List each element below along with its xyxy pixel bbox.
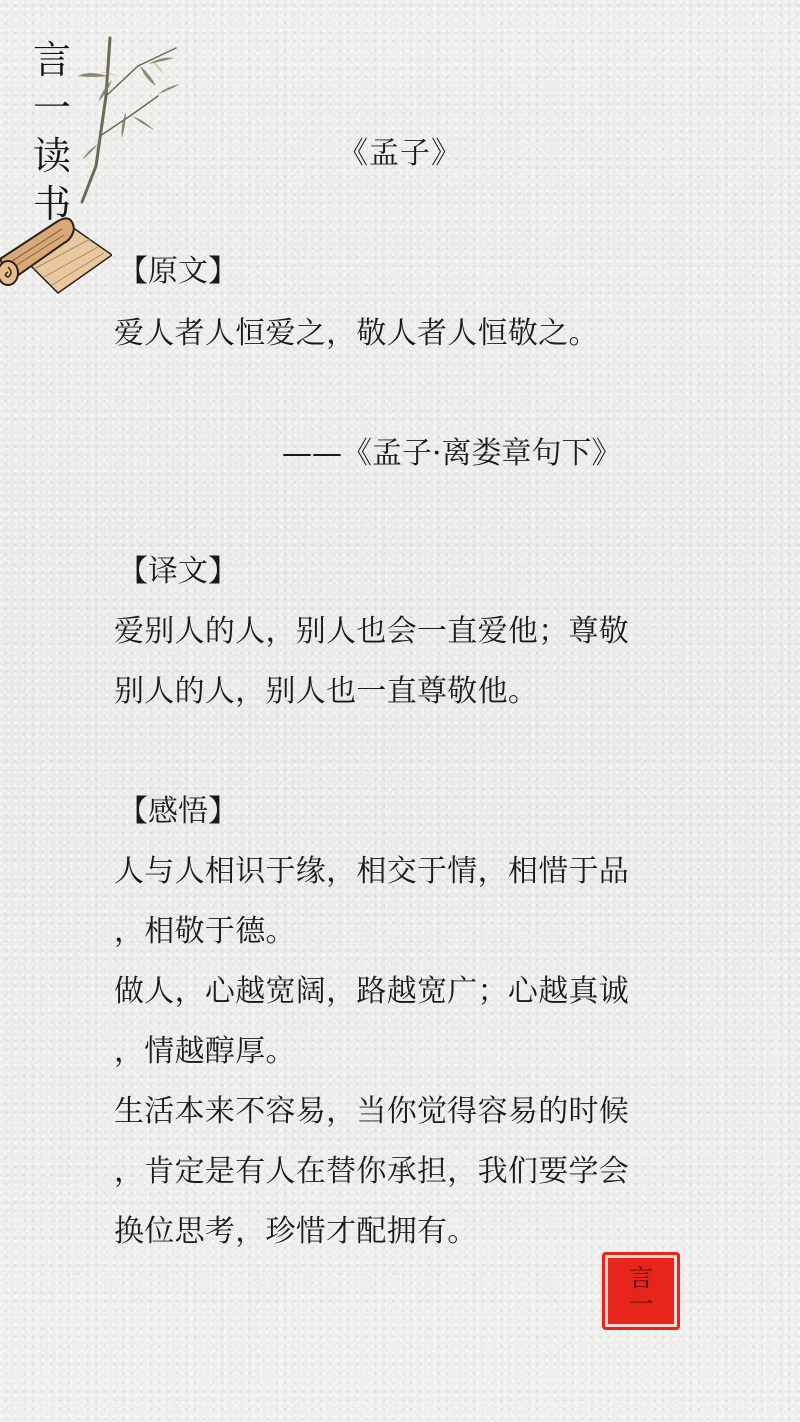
reflection-text-line: ，肯定是有人在替你承担，我们要学会 [114, 1146, 629, 1190]
brand-char: 一 [33, 84, 71, 132]
scroll-icon [0, 215, 112, 295]
brand-char: 言 [33, 36, 71, 84]
bamboo-icon [78, 36, 188, 206]
translation-text-line: 爱别人的人，别人也会一直爱他；尊敬 [114, 606, 629, 650]
section-label-reflection: 【感悟】 [118, 786, 238, 830]
seal-char: 言 [629, 1265, 653, 1291]
translation-text-line: 别人的人，别人也一直尊敬他。 [114, 666, 538, 710]
reflection-text-line: 换位思考，珍惜才配拥有。 [114, 1206, 478, 1250]
reflection-text-line: ，相敬于德。 [114, 906, 296, 950]
source-citation: ——《孟子·离娄章句下》 [282, 428, 622, 472]
reflection-text-line: 生活本来不容易，当你觉得容易的时候 [114, 1086, 629, 1130]
reflection-text-line: 做人，心越宽阔，路越宽广；心越真诚 [114, 966, 629, 1010]
section-label-original: 【原文】 [118, 246, 238, 290]
seal-char: 一 [629, 1291, 653, 1317]
original-text-line: 爱人者人恒爱之，敬人者人恒敬之。 [114, 308, 599, 352]
book-title: 《孟子》 [0, 128, 800, 172]
section-label-translation: 【译文】 [118, 546, 238, 590]
reflection-text-line: 人与人相识于缘，相交于情，相惜于品 [114, 846, 629, 890]
reflection-text-line: ，情越醇厚。 [114, 1026, 296, 1070]
red-seal-stamp: 言 一 [602, 1252, 680, 1330]
